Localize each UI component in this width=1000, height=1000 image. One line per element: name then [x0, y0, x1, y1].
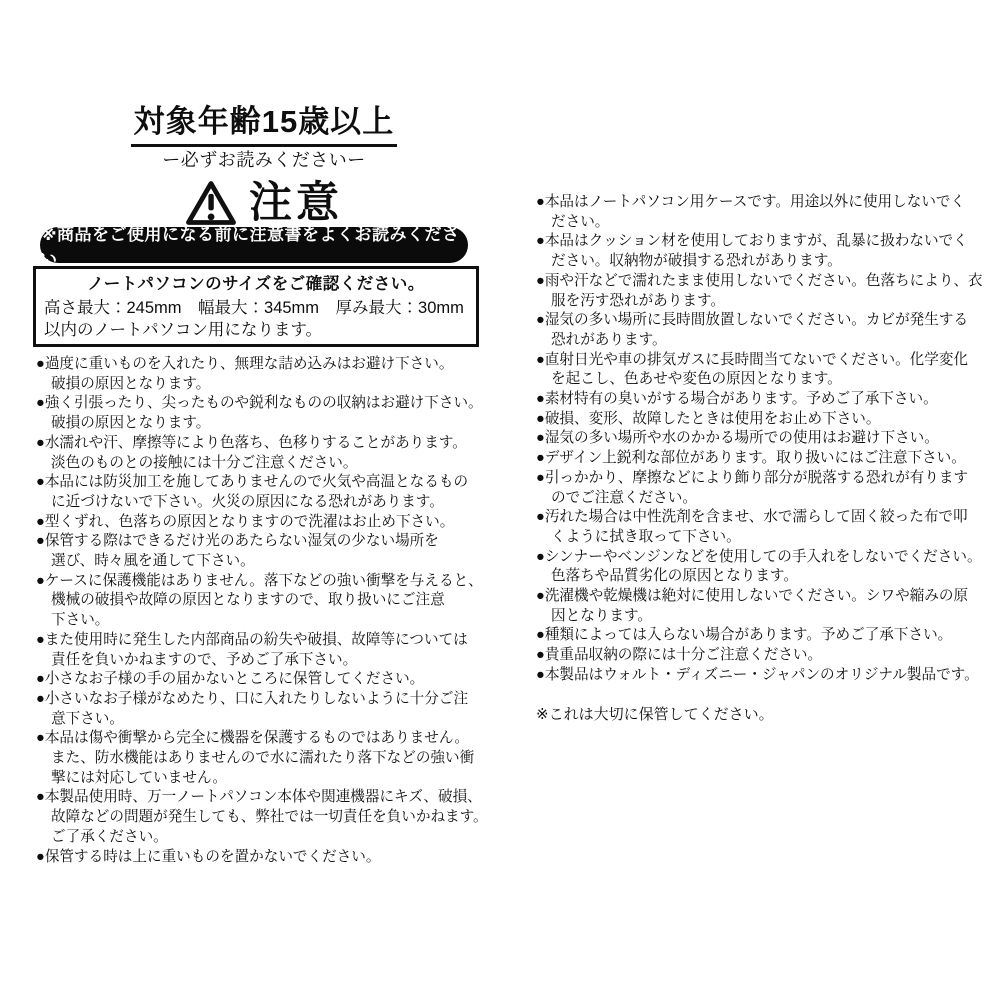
- must-read-note: ー必ずお読みくださいー: [36, 148, 492, 172]
- list-item: ●破損、変形、故障したときは使用をお止め下さい。: [536, 410, 992, 430]
- caution-sheet: 対象年齢15歳以上 ー必ずお読みくださいー 注意 ※商品をご使用になる前に注意書…: [0, 0, 1000, 1000]
- list-item: ●保管する時は上に重いものを置かないでください。: [36, 848, 500, 868]
- list-item: ●汚れた場合は中性洗剤を含ませ、水で濡らして固く絞った布で叩 くように拭き取って…: [536, 508, 992, 547]
- list-item: ●シンナーやベンジンなどを使用しての手入れをしないでください。 色落ちや品質劣化…: [536, 548, 992, 587]
- list-item: ●素材特有の臭いがする場合があります。予めご了承下さい。: [536, 390, 992, 410]
- pre-use-notice-banner: ※商品をご使用になる前に注意書をよくお読みください: [40, 227, 468, 263]
- list-item: ●引っかかり、摩擦などにより飾り部分が脱落する恐れが有ります のでご注意ください…: [536, 469, 992, 508]
- list-item: ●水濡れや汗、摩擦等により色落ち、色移りすることがあります。 淡色のものとの接触…: [36, 434, 500, 473]
- list-item: ●貴重品収納の際には十分ご注意ください。: [536, 646, 992, 666]
- age-limit-text: 対象年齢15歳以上: [131, 102, 397, 147]
- keep-this-note: ※これは大切に保管してください。: [536, 705, 774, 725]
- list-item: ●また使用時に発生した内部商品の紛失や破損、故障等については 責任を負いかねます…: [36, 631, 500, 670]
- list-item: ●強く引張ったり、尖ったものや鋭利なものの収納はお避け下さい。 破損の原因となり…: [36, 394, 500, 433]
- list-item: ●直射日光や車の排気ガスに長時間当てないでください。化学変化 を起こし、色あせや…: [536, 351, 992, 390]
- left-warning-list: ●過度に重いものを入れたり、無理な詰め込みはお避け下さい。 破損の原因となります…: [36, 355, 500, 867]
- list-item: ●本製品使用時、万一ノートパソコン本体や関連機器にキズ、破損、 故障などの問題が…: [36, 788, 500, 847]
- laptop-size-box: ノートパソコンのサイズをご確認ください。 高さ最大：245mm 幅最大：345m…: [33, 266, 479, 347]
- size-box-dimensions: 高さ最大：245mm 幅最大：345mm 厚み最大：30mm: [44, 297, 468, 319]
- list-item: ●過度に重いものを入れたり、無理な詰め込みはお避け下さい。 破損の原因となります…: [36, 355, 500, 394]
- list-item: ●小さなお子様の手の届かないところに保管してください。: [36, 670, 500, 690]
- list-item: ●本品は傷や衝撃から完全に機器を保護するものではありません。 また、防水機能はあ…: [36, 729, 500, 788]
- list-item: ●本製品はウォルト・ディズニー・ジャパンのオリジナル製品です。: [536, 666, 992, 686]
- list-item: ●本品はクッション材を使用しておりますが、乱暴に扱わないでく ださい。収納物が破…: [536, 232, 992, 271]
- list-item: ●保管する際はできるだけ光のあたらない湿気の少ない場所を 選び、時々風を通して下…: [36, 532, 500, 571]
- list-item: ●小さいなお子様がなめたり、口に入れたりしないように十分ご注 意下さい。: [36, 690, 500, 729]
- right-warning-list: ●本品はノートパソコン用ケースです。用途以外に使用しないでく ださい。●本品はク…: [536, 193, 992, 686]
- list-item: ●本品には防災加工を施してありませんので火気や高温となるもの に近づけないで下さ…: [36, 473, 500, 512]
- list-item: ●種類によっては入らない場合があります。予めご了承下さい。: [536, 626, 992, 646]
- list-item: ●デザイン上鋭利な部位があります。取り扱いにはご注意下さい。: [536, 449, 992, 469]
- list-item: ●湿気の多い場所に長時間放置しないでください。カビが発生する 恐れがあります。: [536, 311, 992, 350]
- list-item: ●本品はノートパソコン用ケースです。用途以外に使用しないでく ださい。: [536, 193, 992, 232]
- list-item: ●ケースに保護機能はありません。落下などの強い衝撃を与えると、 機械の破損や故障…: [36, 572, 500, 631]
- list-item: ●湿気の多い場所や水のかかる場所での使用はお避け下さい。: [536, 429, 992, 449]
- list-item: ●洗濯機や乾燥機は絶対に使用しないでください。シワや縮みの原 因となります。: [536, 587, 992, 626]
- size-box-title: ノートパソコンのサイズをご確認ください。: [44, 272, 468, 297]
- list-item: ●型くずれ、色落ちの原因となりますので洗濯はお止め下さい。: [36, 513, 500, 533]
- size-box-fit-note: 以内のノートパソコン用になります。: [44, 319, 468, 341]
- age-limit-heading: 対象年齢15歳以上: [36, 102, 492, 147]
- list-item: ●雨や汗などで濡れたまま使用しないでください。色落ちにより、衣 服を汚す恐れがあ…: [536, 272, 992, 311]
